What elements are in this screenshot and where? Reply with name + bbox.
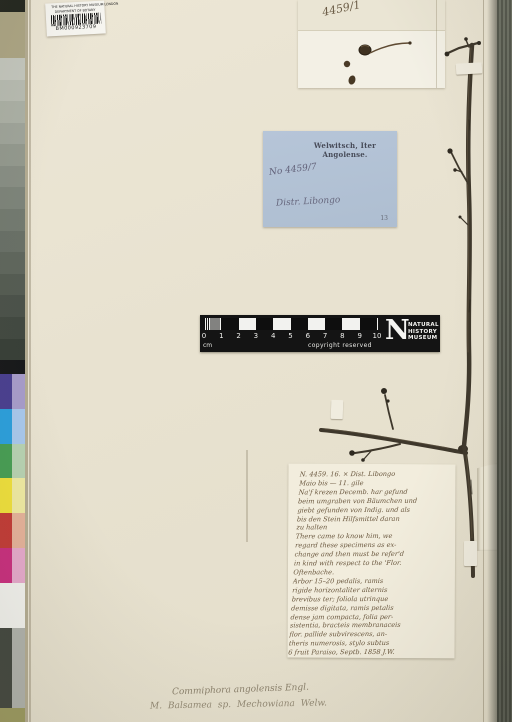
strip-bottom-olive [0,708,25,722]
color-patch-pair [0,548,25,583]
strip-color-patches [0,374,25,583]
ruler-number: 5 [288,332,292,340]
ruler-number: 10 [373,332,382,340]
copyright-text: copyright reserved [308,342,372,349]
handwritten-district-line: Distr. Libongo [276,195,341,208]
mounting-strap [464,541,477,566]
ruler-cm-block [291,318,308,330]
specimen-label: N. 4459. 16. × Dist. LibongoMaio bis — 1… [287,464,455,659]
strip-bottom-grays [0,628,25,708]
nhm-logo-text-line: NATURAL [408,322,439,329]
scale-bar: 012345678910 cm copyright reserved N NAT… [200,315,440,352]
handwritten-number-line: No 4459/7 [269,162,318,178]
barcode-label: THE NATURAL HISTORY MUSEUM LONDON DEPART… [45,0,106,36]
ruler-cm-block [308,318,325,330]
strip-top-dark [0,0,25,12]
mounting-strap [331,400,344,419]
gray-patch [0,209,25,231]
ruler-number: 1 [219,332,223,340]
ruler-cm-block [360,318,377,330]
gray-patch [0,252,25,274]
strip-white-band [0,583,25,628]
seed-packet-fold [436,0,437,88]
gray-patch [0,187,25,209]
strip-black-band [0,360,25,374]
nhm-logo-icon: N [385,316,410,346]
sheet-crease [246,450,248,542]
gray-patch [0,123,25,145]
ruler-cm-block [239,318,256,330]
ruler-number: 2 [236,332,240,340]
ruler-cm-block [221,318,238,330]
sheet-right-shadow [487,0,497,722]
ruler-cm-block [342,318,359,330]
gray-patch [0,166,25,188]
gray-patch [0,274,25,296]
ruler-number: 9 [357,332,361,340]
ruler-cm-block [325,318,342,330]
ruler-number: 6 [306,332,310,340]
gray-patch [0,80,25,102]
printed-expedition-title: Welwitsch, Iter Angolense. [297,141,393,159]
ruler-mm-ticks [204,318,221,330]
ruler-number: 4 [271,332,275,340]
collection-label: Welwitsch, Iter Angolense. No 4459/7 Dis… [263,131,397,227]
ruler-strip [204,318,378,330]
ruler-unit-label: cm [203,342,212,349]
seed-packet: 4459/1 [298,0,445,88]
scan-background-edge [497,0,512,722]
ruler-cm-block [256,318,273,330]
label-handwriting-line: 6 fruit Paraiso, Septb. 1858 J.W. [288,648,446,658]
ruler-cm-block [273,318,290,330]
ruler-number: 8 [340,332,344,340]
color-patch-pair [0,374,25,409]
color-patch-pair [0,444,25,479]
gray-patch [0,58,25,80]
sheet-right-fold [483,0,484,722]
strip-top-tan [0,12,25,58]
color-patch-pair [0,513,25,548]
gray-patch [0,101,25,123]
color-calibration-strip [0,0,25,722]
gray-patch [0,317,25,339]
color-patch-pair [0,409,25,444]
nhm-logo-text-line: MUSEUM [408,335,439,342]
nhm-logo-wordmark: NATURALHISTORYMUSEUM [408,322,439,342]
ruler-number: 7 [323,332,327,340]
ruler-number: 3 [254,332,258,340]
gray-patch [0,295,25,317]
label-handwriting: N. 4459. 16. × Dist. LibongoMaio bis — 1… [288,470,457,658]
ruler-number: 0 [202,332,206,340]
herbarium-sheet-scan: THE NATURAL HISTORY MUSEUM LONDON DEPART… [0,0,512,722]
corner-mark: 13 [380,215,388,222]
strip-grayscale-ramp [0,58,25,360]
sheet-left-edge [29,0,31,722]
seed-packet-flap [298,0,445,31]
gray-patch [0,231,25,253]
mounting-strap [456,62,483,74]
gray-patch [0,339,25,361]
gray-patch [0,144,25,166]
color-patch-pair [0,478,25,513]
